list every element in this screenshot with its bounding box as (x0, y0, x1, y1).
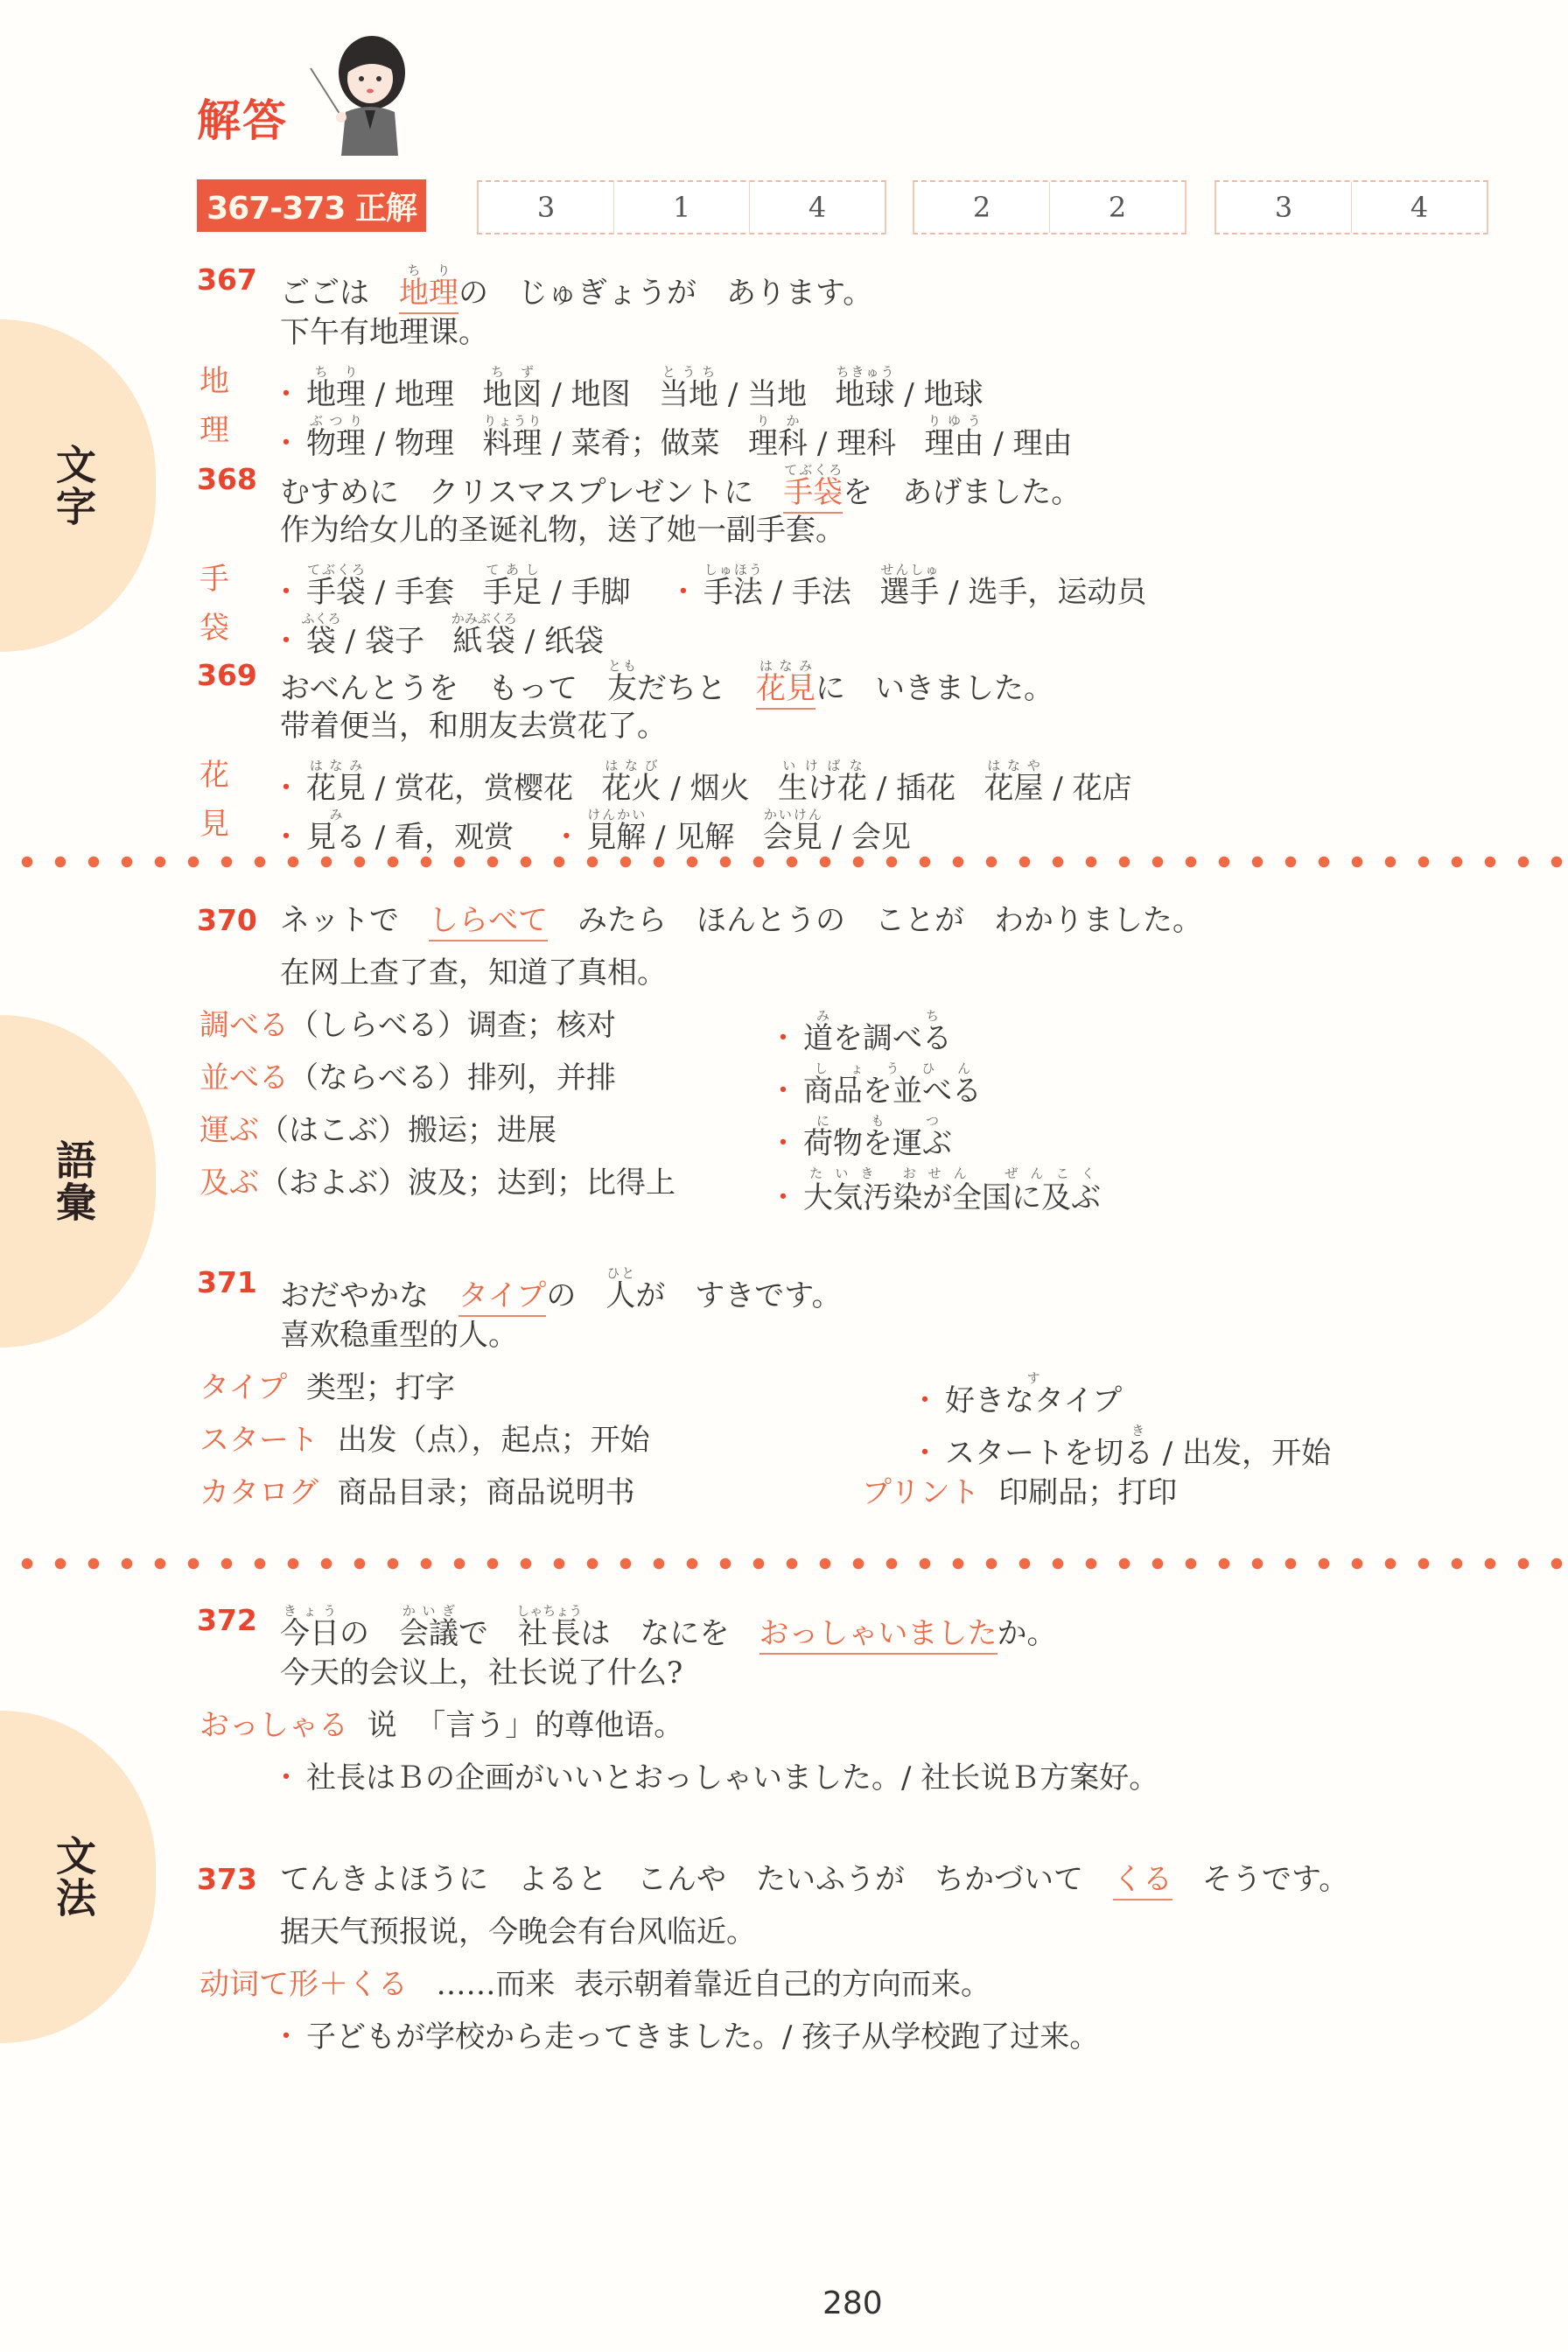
answer-371: 2 (1050, 182, 1185, 233)
question-sentence: むすめに クリスマスプレゼントに 手袋てぶくろを あげました。 (280, 462, 1081, 510)
translation: 今天的会议上，社长说了什么? (280, 1655, 682, 1690)
kanji-label: 袋 (199, 611, 229, 646)
answer-368: 1 (614, 182, 750, 233)
translation: 据天气预报说，今晚会有台风临近。 (280, 1914, 756, 1949)
side-tab-moji[interactable]: 文字 (0, 319, 156, 652)
vocab-example: ・荷物を運ぶにもつ (768, 1113, 952, 1161)
vocab-row: カタログ 商品目录；商品说明书 (199, 1475, 635, 1510)
answer-target: 地理ちり (399, 276, 458, 314)
question-number: 372 (197, 1603, 257, 1638)
answer-target: 手袋てぶくろ (783, 475, 843, 514)
vocab-example: ・商品を並べるしょうひん (768, 1060, 982, 1109)
page-number: 280 (822, 2285, 883, 2321)
kanji-compound-row: ・袋ふくろ / 袋子 紙袋かみぶくろ / 纸袋 (271, 611, 604, 659)
answer-372: 3 (1216, 182, 1352, 233)
question-number: 370 (197, 903, 257, 938)
question-sentence: おだやかな タイプの 人ひとが すきです。 (280, 1265, 842, 1313)
answer-range-badge: 367-373 正解 (197, 179, 426, 232)
side-tab-bunpou[interactable]: 文法 (0, 1711, 156, 2043)
grammar-example: ・子どもが学校から走ってきました。/ 孩子从学校跑了过来。 (271, 2019, 1099, 2054)
answer-group-1: 3 1 4 (477, 180, 886, 234)
answer-group-3: 3 4 (1214, 180, 1488, 234)
translation: 作为给女儿的圣诞礼物，送了她一副手套。 (280, 513, 845, 548)
answer-target: くる (1113, 1862, 1172, 1900)
vocab-row: スタート 出发（点），起点；开始 (199, 1423, 650, 1458)
kanji-compound-row: ・物理ぶつり / 物理 料理りょうり / 菜肴；做菜 理科りか / 理科 理由り… (271, 413, 1073, 461)
side-tab-label: 文字 (45, 444, 102, 528)
vocab-example: ・好きなタイプす (910, 1370, 1122, 1418)
vocab-row: 調べる（しらべる）调查；核对 (199, 1008, 616, 1043)
answer-target: 花見はなみ (756, 671, 815, 710)
grammar-note: 动词て形＋くる ……而来 表示朝着靠近自己的方向而来。 (199, 1967, 990, 2002)
answer-367: 3 (479, 182, 614, 233)
question-number: 373 (197, 1862, 257, 1897)
kanji-compound-row: ・地理ちり / 地理 地図ちず / 地图 当地とうち / 当地 地球ちきゅう /… (271, 364, 983, 412)
question-sentence: おべんとうを もって 友ともだちと 花見はなみに いきました。 (280, 658, 1053, 706)
side-tab-label: 語彙 (45, 1139, 102, 1223)
question-sentence: ネットで しらべて みたら ほんとうの ことが わかりました。 (280, 903, 1202, 938)
answer-target: しらべて (429, 903, 548, 941)
vocab-row: 及ぶ（およぶ）波及；达到；比得上 (199, 1165, 675, 1200)
question-sentence: ごごは 地理ちりの じゅぎょうが あります。 (280, 262, 872, 311)
kanji-label: 理 (199, 413, 229, 448)
answer-target: タイプ (458, 1278, 546, 1317)
question-sentence: てんきよほうに よると こんや たいふうが ちかづいて くる そうです。 (280, 1862, 1348, 1897)
vocab-example: ・道を調べるみち (768, 1008, 952, 1056)
grammar-note: おっしゃる 说 「言う」的尊他语。 (199, 1708, 683, 1743)
question-number: 367 (197, 262, 257, 297)
question-sentence: 今日きょうの 会議かいぎで 社長しゃちょうは なにを おっしゃいましたか。 (280, 1603, 1057, 1651)
vocab-row: タイプ 类型；打字 (199, 1370, 455, 1405)
translation: 在网上查了查，知道了真相。 (280, 955, 667, 990)
kanji-compound-row: ・手袋てぶくろ / 手套 手足てあし / 手脚 ・手法しゅほう / 手法 選手せ… (271, 562, 1146, 610)
translation: 下午有地理课。 (280, 315, 488, 350)
kanji-compound-row: ・花見はなみ / 赏花，赏樱花 花火はなび / 烟火 生け花いけばな / 插花 … (271, 758, 1132, 806)
answer-target: おっしゃいました (759, 1616, 997, 1655)
question-number: 368 (197, 462, 257, 497)
vocab-row: 並べる（ならべる）排列，并排 (199, 1060, 616, 1095)
section-divider (0, 856, 1568, 868)
answer-369: 4 (750, 182, 885, 233)
vocab-example: ・スタートを切る / 出发，开始き (910, 1423, 1331, 1471)
translation: 喜欢稳重型的人。 (280, 1318, 518, 1353)
kanji-label: 地 (199, 364, 229, 399)
page-title: 解答 (197, 86, 288, 149)
side-tab-label: 文法 (45, 1835, 102, 1919)
answer-373: 4 (1352, 182, 1487, 233)
section-divider (0, 1557, 1568, 1570)
kanji-label: 見 (199, 807, 229, 842)
kanji-compound-row: ・見るみ / 看，观赏 ・見解けんかい / 见解 会見かいけん / 会见 (271, 807, 911, 855)
kanji-label: 手 (199, 562, 229, 597)
teacher-mascot-icon (293, 24, 416, 156)
side-tab-goi[interactable]: 語彙 (0, 1015, 156, 1347)
vocab-row: 運ぶ（はこぶ）搬运；进展 (199, 1113, 556, 1148)
answer-370: 2 (914, 182, 1050, 233)
grammar-example: ・社長はＢの企画がいいとおっしゃいました。/ 社长说Ｂ方案好。 (271, 1760, 1158, 1795)
translation: 带着便当，和朋友去赏花了。 (280, 709, 667, 744)
question-number: 369 (197, 658, 257, 693)
answer-group-2: 2 2 (913, 180, 1186, 234)
vocab-example: ・大気汚染が全国に及ぶたいき おせん ぜんこく (768, 1165, 1101, 1215)
kanji-label: 花 (199, 758, 229, 793)
question-number: 371 (197, 1265, 257, 1300)
vocab-row: プリント 印刷品；打印 (862, 1475, 1177, 1510)
